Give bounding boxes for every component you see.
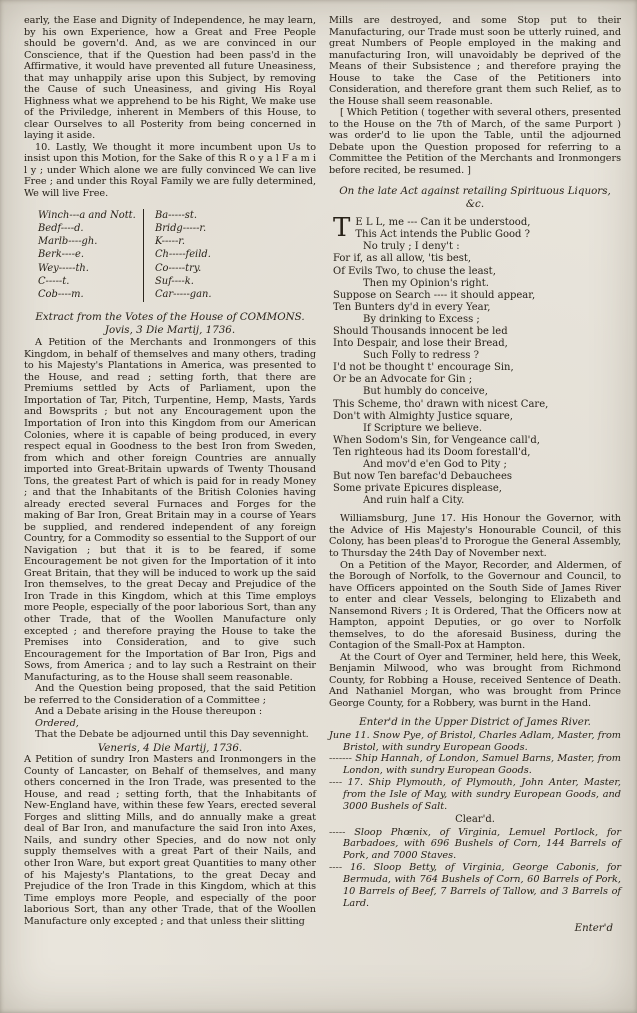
entered-heading: Enter'd in the Upper District of James R… xyxy=(329,716,621,728)
veneris-date: Veneris, 4 Die Martij, 1736. xyxy=(24,742,316,754)
peer-name: Ba-----st. xyxy=(155,209,260,222)
ordered-label: Ordered, xyxy=(24,718,316,730)
peer-name: Winch---a and Nott. xyxy=(38,209,143,222)
peer-name: Marlb----gh. xyxy=(38,235,143,248)
poem-line: And ruin half a City. xyxy=(333,495,621,507)
ship-entry: ------- Ship Hannah, of London, Samuel B… xyxy=(329,753,621,777)
entered-ship-list: June 11. Snow Pye, of Bristol, Charles A… xyxy=(329,730,621,813)
poem-line: Should Thousands innocent be led xyxy=(333,326,621,338)
poem-line: E L L, me --- Can it be understood, xyxy=(333,217,621,229)
peer-name: Suf----k. xyxy=(155,275,260,288)
poem-line: But now Ten barefac'd Debauchees xyxy=(333,471,621,483)
peer-name: Berk----e. xyxy=(38,248,143,261)
gin-act-poem: T E L L, me --- Can it be understood,Thi… xyxy=(333,217,621,507)
poem-line: Into Despair, and lose their Bread, xyxy=(333,338,621,350)
poem-line: Then my Opinion's right. xyxy=(333,278,621,290)
ship-entry: ----- Sloop Phœnix, of Virginia, Lemuel … xyxy=(329,827,621,862)
peer-name: Bridg-----r. xyxy=(155,222,260,235)
poem-line: Or be an Advocate for Gin ; xyxy=(333,374,621,386)
peer-name: K-----r. xyxy=(155,235,260,248)
ship-entry: ---- 16. Sloop Betty, of Virginia, Georg… xyxy=(329,862,621,909)
poem-line: But humbly do conceive, xyxy=(333,386,621,398)
poem-line: By drinking to Excess ; xyxy=(333,314,621,326)
right-column: Mills are destroyed, and some Stop put t… xyxy=(329,15,621,934)
poem-line: Ten righteous had its Doom forestall'd, xyxy=(333,447,621,459)
poem-line: For if, as all allow, 'tis best, xyxy=(333,253,621,265)
peers-list-right: Ba-----st.Bridg-----r.K-----r.Ch-----fei… xyxy=(143,209,260,302)
page-columns: early, the Ease and Dignity of Independe… xyxy=(24,15,621,934)
peer-name: Wey-----th. xyxy=(38,262,143,275)
merchants-petition-paragraph: A Petition of the Merchants and Ironmong… xyxy=(24,337,316,683)
news-paragraph: At the Court of Oyer and Terminer, held … xyxy=(329,652,621,710)
peer-name: C-----t. xyxy=(38,275,143,288)
poem-line: Ten Bunters dy'd in every Year, xyxy=(333,302,621,314)
poem-line: And mov'd e'en God to Pity ; xyxy=(333,459,621,471)
ship-entry: ---- 17. Ship Plymouth, of Plymouth, Joh… xyxy=(329,777,621,812)
cleared-ship-list: ----- Sloop Phœnix, of Virginia, Lemuel … xyxy=(329,827,621,910)
poem-line: If Scripture we believe. xyxy=(333,423,621,435)
poem-line: I'd not be thought t' encourage Sin, xyxy=(333,362,621,374)
peers-list-left: Winch---a and Nott.Bedf----d.Marlb----gh… xyxy=(38,209,143,302)
peers-list: Winch---a and Nott.Bedf----d.Marlb----gh… xyxy=(38,209,260,302)
poem-line: Don't with Almighty Justice square, xyxy=(333,411,621,423)
peer-name: Bedf----d. xyxy=(38,222,143,235)
peer-name: Ch-----feild. xyxy=(155,248,260,261)
williamsburg-news: Williamsburg, June 17. His Honour the Go… xyxy=(329,513,621,709)
poem-line: Suppose on Search ---- it should appear, xyxy=(333,290,621,302)
poem-line: Of Evils Two, to chuse the least, xyxy=(333,266,621,278)
peer-name: Car-----gan. xyxy=(155,288,260,301)
mills-paragraph: Mills are destroyed, and some Stop put t… xyxy=(329,15,621,107)
news-paragraph: On a Petition of the Mayor, Recorder, an… xyxy=(329,560,621,652)
votes-date: Jovis, 3 Die Martij, 1736. xyxy=(24,324,316,336)
question-paragraph: And the Question being proposed, that th… xyxy=(24,683,316,706)
royal-family-paragraph: 10. Lastly, We thought it more incumbent… xyxy=(24,142,316,200)
ship-entry: June 11. Snow Pye, of Bristol, Charles A… xyxy=(329,730,621,754)
poem-line: Such Folly to redress ? xyxy=(333,350,621,362)
peer-name: Co-----try. xyxy=(155,262,260,275)
cleared-heading: Clear'd. xyxy=(329,814,621,826)
lancaster-petition-paragraph: A Petition of sundry Iron Masters and Ir… xyxy=(24,754,316,927)
poem-line: No truly ; I deny't : xyxy=(333,241,621,253)
debate-paragraph: And a Debate arising in the House thereu… xyxy=(24,706,316,718)
votes-extract-heading: Extract from the Votes of the House of C… xyxy=(24,311,316,323)
peer-name: Cob----m. xyxy=(38,288,143,301)
liquors-heading: On the late Act against retailing Spirit… xyxy=(329,185,621,210)
catchword: Enter'd xyxy=(329,923,621,934)
news-paragraph: Williamsburg, June 17. His Honour the Go… xyxy=(329,513,621,559)
newspaper-page: early, the Ease and Dignity of Independe… xyxy=(0,0,637,1013)
poem-line: Some private Epicures displease, xyxy=(333,483,621,495)
ordered-text: That the Debate be adjourned until this … xyxy=(24,729,316,741)
continued-paragraph: early, the Ease and Dignity of Independe… xyxy=(24,15,316,142)
poem-line: This Scheme, tho' drawn with nicest Care… xyxy=(333,399,621,411)
poem-line: This Act intends the Public Good ? xyxy=(333,229,621,241)
petition-note: [ Which Petition ( together with several… xyxy=(329,107,621,176)
poem-dropcap: T xyxy=(333,217,350,239)
poem-line: When Sodom's Sin, for Vengeance call'd, xyxy=(333,435,621,447)
left-column: early, the Ease and Dignity of Independe… xyxy=(24,15,316,934)
